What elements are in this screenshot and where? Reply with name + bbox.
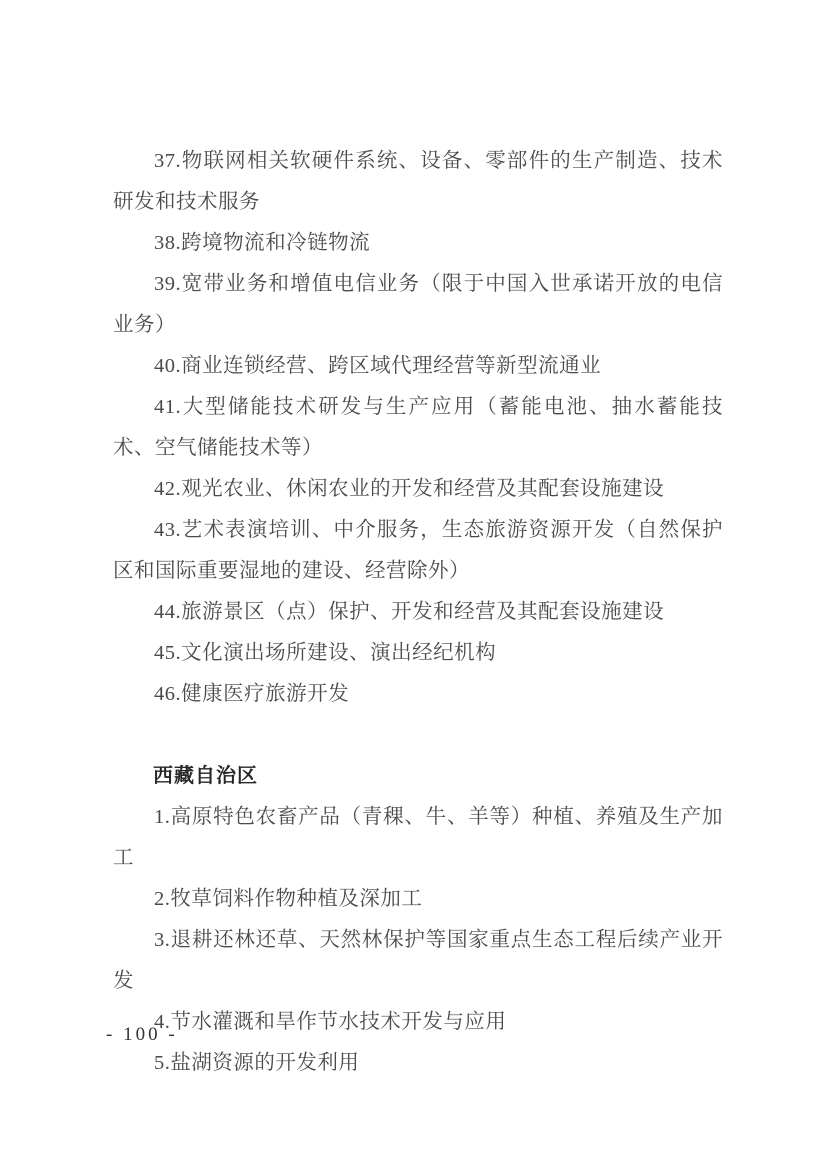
- list-item: 1.高原特色农畜产品（青稞、牛、羊等）种植、养殖及生产加工: [113, 797, 723, 879]
- document-page: 37.物联网相关软硬件系统、设备、零部件的生产制造、技术研发和技术服务38.跨境…: [0, 0, 826, 1169]
- section-title: 西藏自治区: [113, 756, 723, 797]
- list-item: 40.商业连锁经营、跨区域代理经营等新型流通业: [113, 346, 723, 387]
- content-area: 37.物联网相关软硬件系统、设备、零部件的生产制造、技术研发和技术服务38.跨境…: [113, 141, 723, 1084]
- list-item: 45.文化演出场所建设、演出经纪机构: [113, 633, 723, 674]
- list-item: 4.节水灌溉和旱作节水技术开发与应用: [113, 1002, 723, 1043]
- list-item: 2.牧草饲料作物种植及深加工: [113, 879, 723, 920]
- numbered-list-section: 1.高原特色农畜产品（青稞、牛、羊等）种植、养殖及生产加工2.牧草饲料作物种植及…: [113, 797, 723, 1084]
- list-item: 5.盐湖资源的开发利用: [113, 1043, 723, 1084]
- list-item: 37.物联网相关软硬件系统、设备、零部件的生产制造、技术研发和技术服务: [113, 141, 723, 223]
- list-item: 44.旅游景区（点）保护、开发和经营及其配套设施建设: [113, 592, 723, 633]
- list-item: 43.艺术表演培训、中介服务，生态旅游资源开发（自然保护区和国际重要湿地的建设、…: [113, 510, 723, 592]
- list-item: 39.宽带业务和增值电信业务（限于中国入世承诺开放的电信业务）: [113, 264, 723, 346]
- numbered-list-37-46: 37.物联网相关软硬件系统、设备、零部件的生产制造、技术研发和技术服务38.跨境…: [113, 141, 723, 715]
- list-item: 41.大型储能技术研发与生产应用（蓄能电池、抽水蓄能技术、空气储能技术等）: [113, 387, 723, 469]
- list-item: 3.退耕还林还草、天然林保护等国家重点生态工程后续产业开发: [113, 920, 723, 1002]
- list-item: 38.跨境物流和冷链物流: [113, 223, 723, 264]
- list-item: 46.健康医疗旅游开发: [113, 674, 723, 715]
- page-number: - 100 -: [106, 1020, 178, 1050]
- list-item: 42.观光农业、休闲农业的开发和经营及其配套设施建设: [113, 469, 723, 510]
